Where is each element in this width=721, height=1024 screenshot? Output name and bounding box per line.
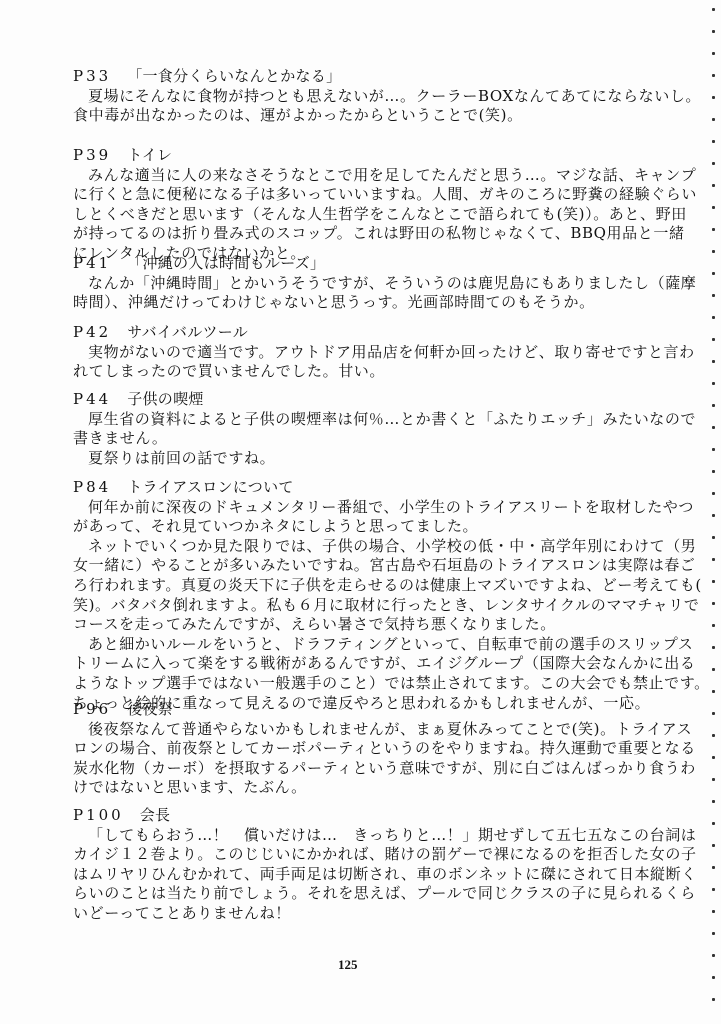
document-page: P33「一食分くらいなんとかなる」 夏場にそんなに食物が持つとも思えないが…。ク… [0, 0, 721, 1024]
page-reference: P96 [73, 700, 111, 720]
body-line: 「してもらおう…！ 償いだけは… きっちりと…！」期せずして五七五なこの台詞は [73, 826, 643, 846]
page-reference: P42 [73, 323, 111, 343]
body-line: けではないと思います、たぶん。 [73, 778, 643, 798]
body-line: しとくべきだと思います（そんな人生哲学をこんなとこで語られても(笑)）。あと、野… [73, 205, 643, 225]
section-title: 後夜祭 [127, 700, 173, 718]
body-line: れてしまったので買いませんでした。甘い。 [73, 362, 643, 382]
section-heading: P84トライアスロンについて [73, 478, 643, 498]
section-title: 「沖縄の人は時間もルーズ」 [127, 254, 325, 272]
binding-edge-dots [712, 0, 716, 1024]
page-reference: P41 [73, 254, 111, 274]
section-heading: P39トイレ [73, 146, 643, 166]
note-section-p84: P84トライアスロンについて 何年か前に深夜のドキュメンタリー番組で、小学生のト… [73, 478, 643, 713]
section-title: トライアスロンについて [127, 478, 294, 496]
page-reference: P39 [73, 146, 111, 166]
body-line: 食中毒が出なかったのは、運がよかったからということで(笑)。 [73, 106, 643, 126]
body-line: 夏祭りは前回の話ですね。 [73, 449, 643, 469]
body-line: 時間）、沖縄だけってわけじゃないと思うっす。光画部時間てのもそうか。 [73, 293, 643, 313]
body-line: 後夜祭なんて普通やらないかもしれませんが、まぁ夏休みってことで(笑)。トライアス [73, 720, 643, 740]
section-title: 「一食分くらいなんとかなる」 [127, 67, 341, 85]
body-line: カイジ１２巻より。このじじいにかかれば、賭けの罰ゲーで裸になるのを拒否した女の子 [73, 845, 643, 865]
body-line: らいのことは当たり前でしょう。それを思えば、プールで同じクラスの子に見られるくら [73, 884, 643, 904]
note-section-p44: P44子供の喫煙 厚生省の資料によると子供の喫煙率は何％…とか書くと「ふたりエッ… [73, 390, 643, 468]
body-line: ろ行われます。真夏の炎天下に子供を走らせるのは健康上マズいですよね、どー考えても… [73, 576, 643, 596]
page-reference: P33 [73, 67, 111, 87]
body-line: みんな適当に人の来なさそうなとこで用を足してたんだと思う…。マジな話、キャンプ [73, 166, 643, 186]
body-line: 炭水化物（カーボ）を摂取するパーティという意味ですが、別に白ごはんばっかり食うわ [73, 759, 643, 779]
body-line: コースを走ってみたんですが、えらい暑さで気持ち悪くなりました。 [73, 615, 643, 635]
section-title: 子供の喫煙 [127, 390, 204, 408]
body-line: が持ってるのは折り畳み式のスコップ。これは野田の私物じゃなくて、BBQ用品と一緒 [73, 224, 643, 244]
body-line: いどーってことありませんね！ [73, 904, 643, 924]
note-section-p41: P41「沖縄の人は時間もルーズ」 なんか「沖縄時間」とかいうそうですが、そういう… [73, 254, 643, 313]
body-line: 厚生省の資料によると子供の喫煙率は何％…とか書くと「ふたりエッチ」みたいなので [73, 410, 643, 430]
body-line: 実物がないので適当です。アウトドア用品店を何軒か回ったけど、取り寄せですと言わ [73, 343, 643, 363]
body-line: 何年か前に深夜のドキュメンタリー番組で、小学生のトライアスリートを取材したやつ [73, 498, 643, 518]
body-line: 夏場にそんなに食物が持つとも思えないが…。クーラーBOXなんてあてにならないし。 [73, 87, 643, 107]
body-line: トリームに入って楽をする戦術があるんですが、エイジグループ（国際大会なんかに出る [73, 654, 643, 674]
page-reference: P44 [73, 390, 111, 410]
note-section-p96: P96後夜祭 後夜祭なんて普通やらないかもしれませんが、まぁ夏休みってことで(笑… [73, 700, 643, 798]
body-line: なんか「沖縄時間」とかいうそうですが、そういうのは鹿児島にもありましたし（薩摩 [73, 274, 643, 294]
body-line: 書きません。 [73, 429, 643, 449]
section-heading: P42サバイバルツール [73, 323, 643, 343]
section-heading: P33「一食分くらいなんとかなる」 [73, 67, 643, 87]
section-heading: P44子供の喫煙 [73, 390, 643, 410]
body-line: に行くと急に便秘になる子は多いっていいますね。人間、ガキのころに野糞の経験ぐらい [73, 185, 643, 205]
section-title: サバイバルツール [127, 323, 248, 341]
body-line: ロンの場合、前夜祭としてカーボパーティというのをやりますね。持久運動で重要となる [73, 739, 643, 759]
note-section-p100: P100会長 「してもらおう…！ 償いだけは… きっちりと…！」期せずして五七五… [73, 806, 643, 924]
section-title: 会長 [140, 806, 171, 824]
body-line: 女一緒に）やることが多いみたいですね。宮古島や石垣島のトライアスロンは実際は春ご [73, 556, 643, 576]
body-line: があって、それ見ていつかネタにしようと思ってました。 [73, 517, 643, 537]
body-line: 笑)。バタバタ倒れますよ。私も６月に取材に行ったとき、レンタサイクルのママチャリ… [73, 596, 643, 616]
body-line: あと細かいルールをいうと、ドラフティングといって、自転車で前の選手のスリップス [73, 635, 643, 655]
body-line: ネットでいくつか見た限りでは、子供の場合、小学校の低・中・高学年別にわけて（男 [73, 537, 643, 557]
section-heading: P96後夜祭 [73, 700, 643, 720]
section-heading: P41「沖縄の人は時間もルーズ」 [73, 254, 643, 274]
section-heading: P100会長 [73, 806, 643, 826]
note-section-p42: P42サバイバルツール 実物がないので適当です。アウトドア用品店を何軒か回ったけ… [73, 323, 643, 382]
body-line: はムリヤリひんむかれて、両手両足は切断され、車のボンネットに磔にされて日本縦断く [73, 865, 643, 885]
page-number: 125 [338, 957, 358, 973]
body-line: ようなトップ選手ではない一般選手のこと）では禁止されてます。この大会でも禁止です… [73, 674, 643, 694]
note-section-p33: P33「一食分くらいなんとかなる」 夏場にそんなに食物が持つとも思えないが…。ク… [73, 67, 643, 126]
page-reference: P84 [73, 478, 111, 498]
note-section-p39: P39トイレ みんな適当に人の来なさそうなとこで用を足してたんだと思う…。マジな… [73, 146, 643, 264]
section-title: トイレ [127, 146, 172, 164]
page-reference: P100 [73, 806, 124, 826]
